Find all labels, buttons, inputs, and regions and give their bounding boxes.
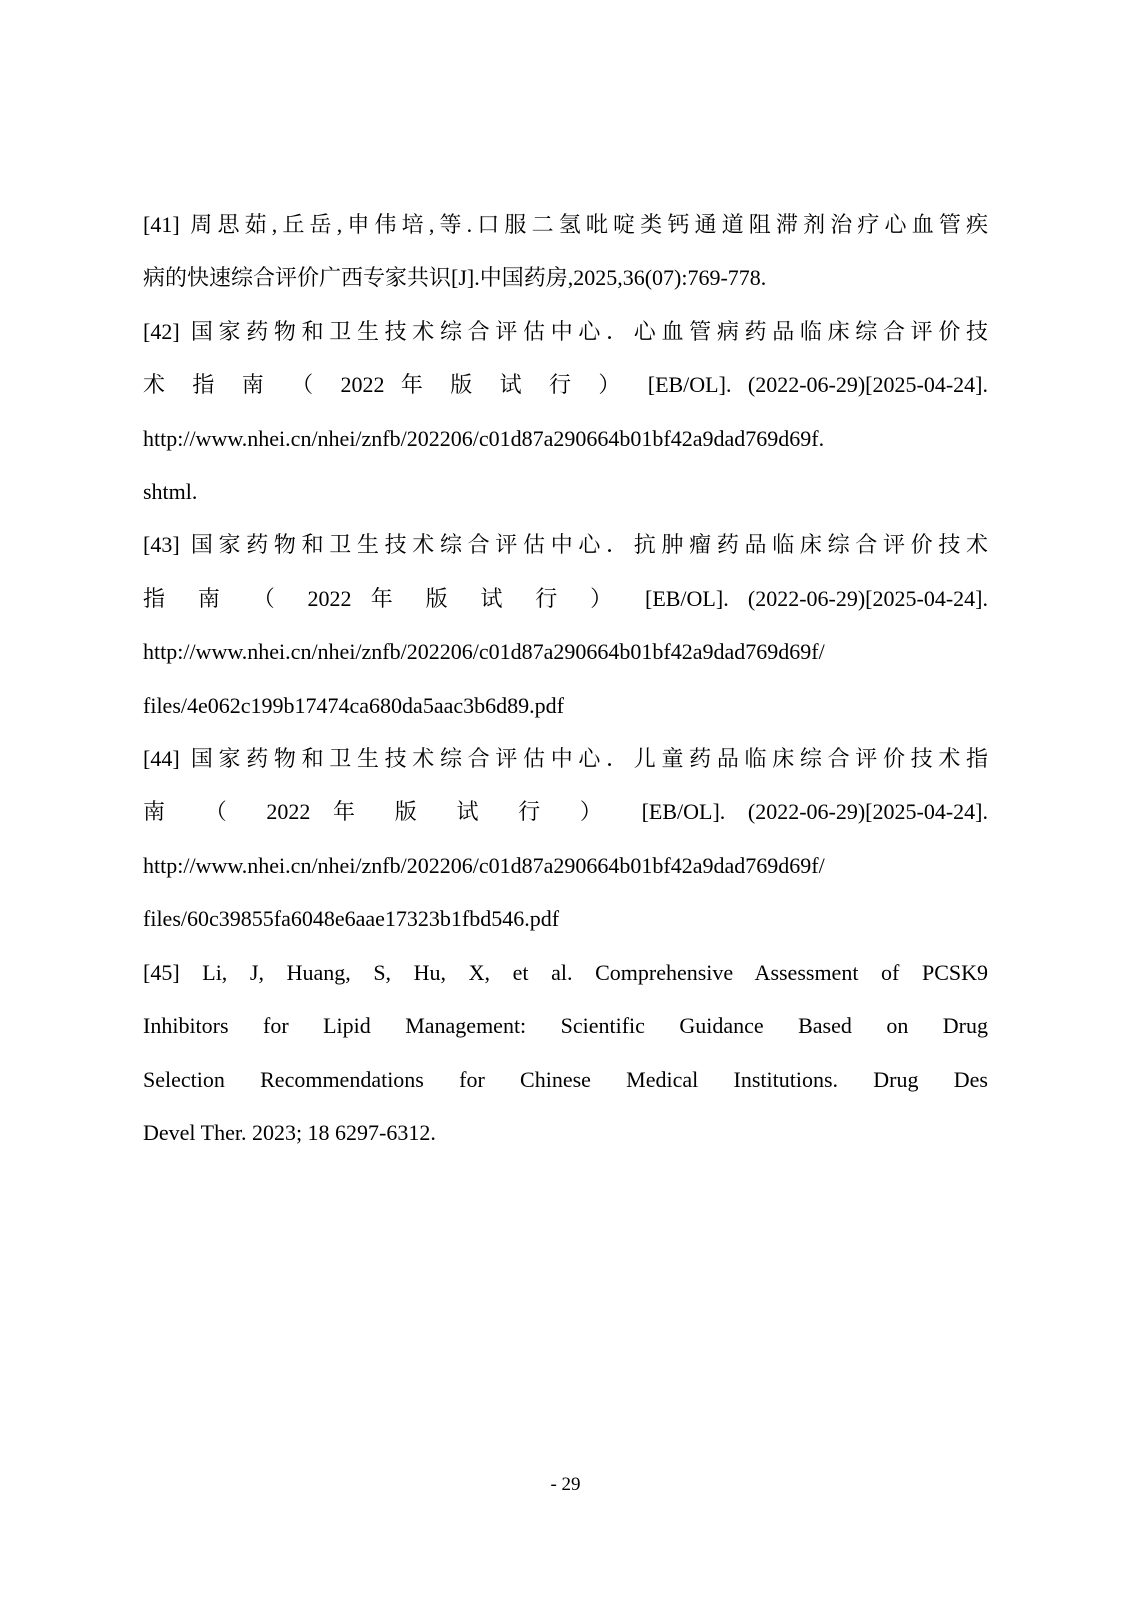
reference-url-line: files/60c39855fa6048e6aae17323b1fbd546.p… [143, 892, 988, 945]
reference-line: 病的快速综合评价广西专家共识[J].中国药房,2025,36(07):769-7… [143, 251, 988, 304]
reference-43: [43] 国家药物和卫生技术综合评估中心．抗肿瘤药品临床综合评价技术 指 南 （… [143, 518, 988, 732]
reference-line: [45] Li, J, Huang, S, Hu, X, et al. Comp… [143, 946, 988, 999]
document-page: [41] 周思茹,丘岳,申伟培,等.口服二氢吡啶类钙通道阻滞剂治疗心血管疾 病的… [0, 0, 1131, 1600]
reference-line: [42] 国家药物和卫生技术综合评估中心．心血管病药品临床综合评价技 [143, 305, 988, 358]
reference-url-line: http://www.nhei.cn/nhei/znfb/202206/c01d… [143, 839, 988, 892]
reference-line: 南 （ 2022 年 版 试 行 ） [EB/OL]. (2022-06-29)… [143, 785, 988, 838]
reference-line: Selection Recommendations for Chinese Me… [143, 1053, 988, 1106]
reference-url-line: http://www.nhei.cn/nhei/znfb/202206/c01d… [143, 625, 988, 678]
reference-line: Devel Ther. 2023; 18 6297-6312. [143, 1106, 988, 1159]
reference-line: 指 南 （ 2022 年 版 试 行 ） [EB/OL]. (2022-06-2… [143, 572, 988, 625]
reference-line: 术 指 南 （ 2022 年 版 试 行 ） [EB/OL]. (2022-06… [143, 358, 988, 411]
reference-line: [41] 周思茹,丘岳,申伟培,等.口服二氢吡啶类钙通道阻滞剂治疗心血管疾 [143, 198, 988, 251]
page-number: - 29 [0, 1473, 1131, 1497]
reference-45: [45] Li, J, Huang, S, Hu, X, et al. Comp… [143, 946, 988, 1160]
reference-url-line: shtml. [143, 465, 988, 518]
references-list: [41] 周思茹,丘岳,申伟培,等.口服二氢吡啶类钙通道阻滞剂治疗心血管疾 病的… [143, 198, 988, 1159]
reference-line: [44] 国家药物和卫生技术综合评估中心．儿童药品临床综合评价技术指 [143, 732, 988, 785]
reference-url-line: http://www.nhei.cn/nhei/znfb/202206/c01d… [143, 412, 988, 465]
reference-42: [42] 国家药物和卫生技术综合评估中心．心血管病药品临床综合评价技 术 指 南… [143, 305, 988, 519]
reference-44: [44] 国家药物和卫生技术综合评估中心．儿童药品临床综合评价技术指 南 （ 2… [143, 732, 988, 946]
reference-41: [41] 周思茹,丘岳,申伟培,等.口服二氢吡啶类钙通道阻滞剂治疗心血管疾 病的… [143, 198, 988, 305]
reference-line: Inhibitors for Lipid Management: Scienti… [143, 999, 988, 1052]
reference-line: [43] 国家药物和卫生技术综合评估中心．抗肿瘤药品临床综合评价技术 [143, 518, 988, 571]
reference-url-line: files/4e062c199b17474ca680da5aac3b6d89.p… [143, 679, 988, 732]
